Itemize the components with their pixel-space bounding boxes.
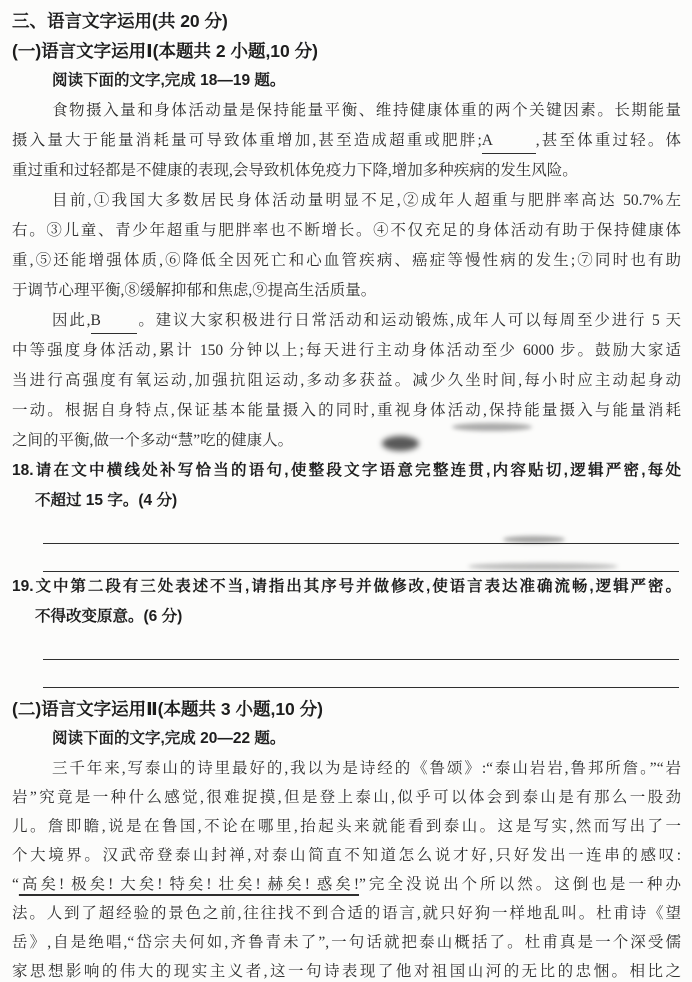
passage-line: 中等强度身体活动,累计 150 分钟以上;每天进行主动身体活动至少 6000 步… xyxy=(12,336,681,366)
text-segment: “ xyxy=(12,876,19,893)
answer-line xyxy=(43,544,679,572)
passage-line: 一动。根据自身特点,保证基本能量摄入的同时,重视身体活动,保持能量摄入与能量消耗 xyxy=(12,396,681,426)
passage-line: 之间的平衡,做一个多动“慧”吃的健康人。 xyxy=(12,426,681,456)
passage-line: 重,⑤还能增强体质,⑥降低全因死亡和心血管疾病、癌症等慢性病的发生;⑦同时也有助 xyxy=(12,246,681,276)
passage-line: 因此,B。建议大家积极进行日常活动和运动锻炼,成年人可以每周至少进行 5 天 xyxy=(12,306,681,336)
question-line: 18.请在文中横线处补写恰当的语句,使整段文字语意完整连贯,内容贴切,逻辑严密,… xyxy=(12,456,681,486)
text-segment: 。建议大家积极进行日常活动和运动锻炼,成年人可以每周至少进行 5 天 xyxy=(137,312,681,329)
passage-line: 三千年来,写泰山的诗里最好的,我以为是诗经的《鲁颂》:“泰山岩岩,鲁邦所詹。”“… xyxy=(12,754,681,783)
passage-line: 目前,①我国大多数居民身体活动量明显不足,②成年人超重与肥胖率高达 50.7%左 xyxy=(12,186,681,216)
passage-line: 家思想影响的伟大的现实主义者,这一句诗表现了他对祖国山河的无比的忠悃。相比之 xyxy=(12,957,681,982)
answer-line xyxy=(43,660,679,688)
exam-content: 三、语言文字运用(共 20 分)(一)语言文字运用Ⅰ(本题共 2 小题,10 分… xyxy=(12,6,681,982)
underlined-phrase: 高矣! 极矣! 大矣! 特矣! 壮矣! 赫矣! 惑矣! xyxy=(19,876,359,893)
text-segment: ,甚至体重过轻。体 xyxy=(536,132,681,149)
passage-line: 岳》,自是绝唱,“岱宗夫何如,齐鲁青未了”,一句话就把泰山概括了。杜甫真是一个深… xyxy=(12,928,681,957)
text-segment: 摄入量大于能量消耗量可导致体重增加,甚至造成超重或肥胖; xyxy=(12,132,482,149)
answer-line xyxy=(43,516,679,544)
subsection-heading: (一)语言文字运用Ⅰ(本题共 2 小题,10 分) xyxy=(12,36,681,66)
fill-in-blank: A xyxy=(482,129,536,154)
passage-line: 法。人到了超经验的景色之前,往往找不到合适的语言,就只好狗一样地乱叫。杜甫诗《望 xyxy=(12,899,681,928)
answer-line xyxy=(43,632,679,660)
text-segment: ”完全没说出个所以然。这倒也是一种办 xyxy=(359,876,681,893)
passage-instruction: 阅读下面的文字,完成 20—22 题。 xyxy=(12,724,681,754)
passage-line: 重过重和过轻都是不健康的表现,会导致机体免疫力下降,增加多种疾病的发生风险。 xyxy=(12,156,681,186)
fill-in-blank: B xyxy=(91,309,137,334)
question-line: 不超过 15 字。(4 分) xyxy=(35,486,681,516)
passage-instruction: 阅读下面的文字,完成 18—19 题。 xyxy=(12,66,681,96)
passage-line: 当进行高强度有氧运动,加强抗阻运动,多动多获益。减少久坐时间,每小时应主动起身动 xyxy=(12,366,681,396)
exam-page: 三、语言文字运用(共 20 分)(一)语言文字运用Ⅰ(本题共 2 小题,10 分… xyxy=(0,0,692,982)
passage-line: 右。③儿童、青少年超重与肥胖率也不断增长。④不仅充足的身体活动有助于保持健康体 xyxy=(12,216,681,246)
question-line: 不得改变原意。(6 分) xyxy=(35,602,681,632)
passage-line: 个大境界。汉武帝登泰山封禅,对泰山简直不知道怎么说才好,只好发出一连串的感叹: xyxy=(12,841,681,870)
text-segment: 因此, xyxy=(52,312,91,329)
passage-line: 岩”究竟是一种什么感觉,很难捉摸,但是登上泰山,似乎可以体会到泰山是有那么一股劲 xyxy=(12,783,681,812)
section-heading: 三、语言文字运用(共 20 分) xyxy=(12,6,681,36)
passage-line: 于调节心理平衡,⑧缓解抑郁和焦虑,⑨提高生活质量。 xyxy=(12,276,681,306)
passage-line: 儿。詹即瞻,说是在鲁国,不论在哪里,抬起头来就能看到泰山。这是写实,然而写出了一 xyxy=(12,812,681,841)
question-line: 19.文中第二段有三处表述不当,请指出其序号并做修改,使语言表达准确流畅,逻辑严… xyxy=(12,572,681,602)
passage-line: 摄入量大于能量消耗量可导致体重增加,甚至造成超重或肥胖;A,甚至体重过轻。体 xyxy=(12,126,681,156)
passage-line: 食物摄入量和身体活动量是保持能量平衡、维持健康体重的两个关键因素。长期能量 xyxy=(12,96,681,126)
subsection-heading: (二)语言文字运用Ⅱ(本题共 3 小题,10 分) xyxy=(12,694,681,724)
passage-line: “高矣! 极矣! 大矣! 特矣! 壮矣! 赫矣! 惑矣!”完全没说出个所以然。这… xyxy=(12,870,681,899)
